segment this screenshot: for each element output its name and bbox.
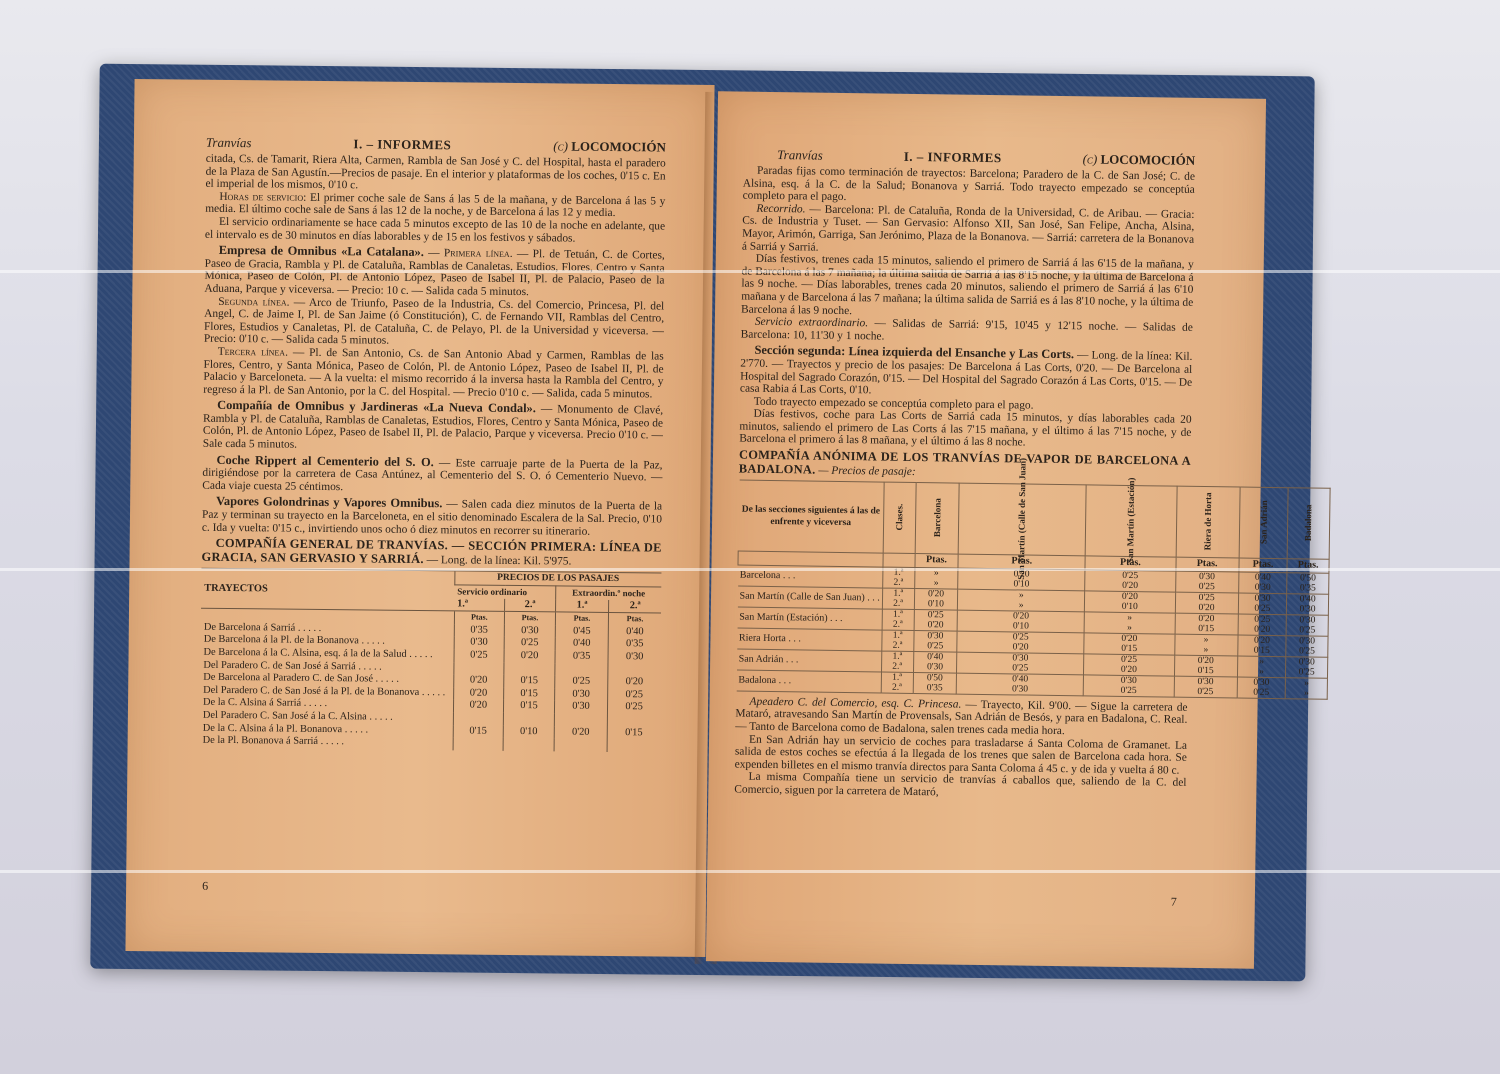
col-station: Barcelona: [915, 483, 960, 555]
price-cell: 0'250'20: [1084, 654, 1175, 676]
price-1st: 0'30: [1288, 657, 1325, 668]
price-1st: 0'40: [1289, 594, 1326, 605]
class-1: 1.ª: [884, 609, 911, 619]
badalona-fare-table: De las secciones siguientes á las de enf…: [736, 480, 1331, 700]
station-name: Riera Horta . . .: [737, 628, 882, 651]
price-cell: 0'25: [608, 701, 660, 714]
header-section: Tranvías: [206, 135, 252, 151]
route-name: De la Pl. Bonanova á Sarriá . . . . .: [200, 735, 453, 750]
col-station: Badalona: [1288, 488, 1331, 560]
price-cell: 0'20: [453, 687, 504, 700]
right-page: Tranvías I. – INFORMES (c) LOCOMOCIÓN Pa…: [706, 91, 1266, 969]
price-cell: [453, 737, 504, 750]
unit-label: Ptas.: [609, 613, 661, 627]
price-cell: [504, 662, 555, 675]
paragraph: Sección segunda: Línea izquierda del Ens…: [740, 344, 1193, 402]
price-cell: »»: [1084, 612, 1175, 634]
price-cell: [555, 663, 608, 676]
class-header: 1.ª: [454, 598, 505, 612]
price-cell: 0'250'20: [914, 609, 958, 631]
station-name: San Martín (Calle de San Juan) . . .: [737, 586, 882, 609]
price-2nd: »: [1177, 645, 1235, 656]
price-cell: [608, 664, 660, 677]
paragraph: Servicio extraordinario. — Salidas de Sa…: [741, 316, 1193, 347]
left-page: Tranvías I. – INFORMES (c) LOCOMOCIÓN ci…: [125, 79, 714, 957]
price-cell: »»: [1286, 678, 1328, 700]
unit-label: Ptas.: [505, 612, 556, 626]
col-label: Riera de Horta: [1201, 493, 1214, 551]
col-station: Riera de Horta: [1176, 486, 1240, 558]
unit-label: Ptas.: [914, 554, 958, 568]
price-cell: 0'200'15: [1175, 613, 1238, 635]
price-cell: 0'300'25: [957, 652, 1084, 675]
class-header: 1.ª: [555, 599, 608, 613]
price-2nd: »: [1288, 688, 1325, 699]
class-2: 2.ª: [884, 619, 911, 629]
price-cell: 0'250'20: [957, 631, 1084, 654]
price-cell: 0'40: [608, 626, 660, 639]
price-2nd: 0'20: [1177, 603, 1235, 614]
price-cell: 0'40: [555, 638, 608, 651]
price-1st: 0'30: [1239, 677, 1283, 688]
price-1st: 0'30: [1241, 593, 1285, 604]
section-heading: Coche Rippert al Cementerio del S. O.: [217, 453, 434, 469]
price-cell: 0'45: [555, 625, 608, 638]
header-topic: (c) LOCOMOCIÓN: [1083, 151, 1196, 169]
class-labels: 1.ª2.ª: [882, 609, 914, 630]
price-2nd: 0'20: [1086, 664, 1172, 675]
price-1st: 0'50: [915, 673, 954, 684]
price-cell: 0'20: [608, 676, 660, 689]
paragraph: Recorrido. — Barcelona: Pl. de Cataluña,…: [742, 202, 1195, 259]
paragraph: Vapores Golondrinas y Vapores Omnibus. —…: [202, 495, 662, 539]
col-label: Clases.: [893, 504, 906, 531]
price-cell: 0'250'20: [1175, 592, 1238, 614]
price-cell: 0'15: [504, 675, 555, 688]
price-1st: 0'20: [917, 589, 956, 600]
price-cell: 0'25: [608, 689, 660, 702]
price-cell: 0'20: [504, 650, 555, 663]
col-station: San Martín (Calle de San Juan): [959, 483, 1087, 556]
price-cell: 0'25: [504, 637, 555, 650]
sarria-fare-table: TRAYECTOS PRECIOS DE LOS PASAJES Servici…: [200, 568, 662, 752]
price-cell: 0'20: [554, 726, 607, 739]
page-number: 6: [202, 879, 208, 894]
paragraph: citada, Cs. de Tamarit, Riera Alta, Carm…: [205, 153, 665, 196]
price-cell: [554, 713, 607, 726]
price-cell: 0'30: [454, 637, 505, 650]
price-2nd: 0'25: [1288, 667, 1325, 678]
class-labels: 1.ª2.ª: [881, 672, 913, 693]
price-cell: 0'400'30: [1287, 594, 1329, 616]
class-2: 2.ª: [883, 682, 910, 692]
price-cell: 0'500'35: [913, 672, 957, 694]
col-trayectos: TRAYECTOS: [201, 569, 454, 611]
price-cell: »»: [1237, 656, 1286, 678]
price-cell: 0'400'30: [913, 651, 957, 673]
paragraph: En San Adrián hay un servicio de coches …: [735, 733, 1187, 777]
price-2nd: 0'35: [915, 683, 954, 694]
class-2: 2.ª: [885, 577, 912, 587]
price-cell: 0'300'25: [1238, 593, 1287, 615]
price-cell: 0'200'15: [1084, 633, 1175, 655]
corner-header: De las secciones siguientes á las de enf…: [738, 480, 884, 553]
price-cell: 0'200'10: [1084, 591, 1175, 613]
price-2nd: 0'30: [916, 662, 955, 673]
price-1st: 0'30: [1289, 636, 1326, 647]
price-cell: 0'35: [608, 638, 660, 651]
scan-artifact: [0, 270, 1500, 273]
paragraph: Compañía anónima de los tranvías de vapo…: [739, 449, 1191, 482]
paragraph: Paradas fijas como terminación de trayec…: [743, 165, 1195, 209]
price-cell: 0'30: [554, 701, 607, 714]
price-1st: 0'25: [916, 610, 955, 621]
price-cell: 0'300'25: [1174, 676, 1237, 698]
price-cell: 0'10: [503, 725, 554, 738]
header-section: Tranvías: [777, 147, 823, 164]
price-2nd: 0'20: [1087, 580, 1173, 591]
price-2nd: 0'15: [1177, 666, 1235, 677]
class-2: 2.ª: [885, 598, 912, 608]
paragraph: Días festivos, trenes cada 15 minutos, s…: [741, 253, 1194, 322]
station-name: Badalona . . .: [736, 670, 881, 693]
price-cell: »»: [1174, 634, 1237, 656]
price-2nd: 0'30: [959, 683, 1081, 695]
price-cell: 0'35: [555, 650, 608, 663]
price-cell: 0'20: [453, 700, 504, 713]
station-name: San Martín (Estación) . . .: [737, 607, 882, 630]
paragraph: Segunda línea. — Arco de Triunfo, Paseo …: [204, 295, 665, 350]
price-cell: 0'300'25: [913, 630, 957, 652]
paragraph: Apeadero C. del Comercio, esq. C. Prince…: [735, 695, 1187, 739]
paragraph: Días festivos, coche para Las Corts de S…: [739, 408, 1191, 452]
price-2nd: 0'20: [916, 620, 955, 631]
price-2nd: 0'30: [1289, 604, 1326, 615]
class-1: 1.ª: [885, 588, 912, 598]
price-1st: 0'25: [1240, 614, 1284, 625]
price-cell: [504, 713, 555, 726]
col-station: San Martín (Estación): [1085, 485, 1176, 557]
scan-artifact: [0, 870, 1500, 873]
price-cell: 0'200'15: [1237, 635, 1286, 657]
price-cell: 0'15: [453, 725, 504, 738]
price-cell: 0'20: [453, 675, 504, 688]
price-cell: 0'300'25: [1286, 657, 1328, 679]
header-chapter: I. – INFORMES: [904, 149, 1002, 166]
left-body-text: citada, Cs. de Tamarit, Riera Alta, Carm…: [200, 153, 666, 753]
price-cell: 0'300'25: [1175, 571, 1238, 593]
price-2nd: 0'25: [1289, 646, 1326, 657]
class-labels: 1.ª2.ª: [882, 630, 914, 651]
price-cell: 0'400'30: [1238, 572, 1287, 594]
price-cell: 0'250'20: [1238, 614, 1287, 636]
price-2nd: 0'10: [916, 599, 955, 610]
price-2nd: 0'25: [1240, 603, 1284, 614]
price-cell: 0'30: [554, 688, 607, 701]
price-2nd: 0'25: [1176, 687, 1234, 698]
class-header: 2.ª: [505, 598, 556, 612]
class-header: 2.ª: [609, 600, 661, 614]
right-body-text: Paradas fijas como terminación de trayec…: [734, 165, 1195, 803]
price-cell: 0'500'35: [1287, 573, 1329, 595]
running-header: Tranvías I. – INFORMES (c) LOCOMOCIÓN: [206, 135, 666, 156]
price-cell: [608, 714, 660, 727]
price-2nd: 0'30: [1241, 582, 1285, 593]
paragraph: Tercera línea. — Pl. de San Antonio, Cs.…: [203, 346, 664, 401]
price-2nd: 0'25: [1178, 582, 1236, 593]
price-cell: 0'15: [504, 688, 555, 701]
page-number: 7: [1171, 895, 1177, 910]
section-heading: Empresa de Omnibus «La Catalana».: [219, 243, 424, 259]
price-cell: 0'25: [555, 676, 608, 689]
col-station: San Adrián: [1239, 487, 1289, 559]
price-cell: 0'300'25: [1286, 636, 1328, 658]
price-2nd: 0'15: [1177, 624, 1235, 635]
price-cell: 0'30: [608, 651, 660, 664]
price-2nd: »: [1087, 622, 1173, 633]
price-1st: 0'30: [1289, 615, 1326, 626]
price-2nd: 0'25: [1239, 687, 1283, 698]
price-2nd: 0'20: [1240, 624, 1284, 635]
price-1st: »: [1240, 656, 1284, 667]
unit-label: Ptas.: [454, 611, 505, 625]
price-cell: [453, 712, 504, 725]
price-cell: 0'25: [453, 649, 504, 662]
price-2nd: 0'15: [1086, 643, 1172, 654]
price-2nd: 0'35: [1290, 583, 1327, 594]
col-label: Barcelona: [931, 499, 944, 538]
price-1st: 0'30: [916, 631, 955, 642]
header-chapter: I. – INFORMES: [353, 136, 451, 153]
class-labels: 1.ª2.ª: [881, 651, 913, 672]
unit-label: Ptas.: [1287, 559, 1329, 573]
class-1: 1.ª: [884, 672, 911, 682]
col-label: San Adrián: [1257, 501, 1270, 545]
price-cell: 0'300'25: [1286, 615, 1328, 637]
price-cell: 0'15: [607, 727, 659, 740]
class-2: 2.ª: [884, 640, 911, 650]
price-cell: 0'200'10: [914, 588, 958, 610]
price-2nd: 0'25: [916, 641, 955, 652]
class-1: 1.ª: [884, 651, 911, 661]
price-cell: [503, 738, 554, 751]
paragraph: Compañía de Omnibus y Jardineras «La Nue…: [203, 399, 664, 455]
price-1st: »: [1288, 678, 1325, 689]
price-cell: 0'35: [454, 624, 505, 637]
paragraph: Compañía general de tranvías. — Sección …: [202, 537, 662, 569]
col-label: San Martín (Estación): [1124, 478, 1138, 564]
col-clases: Clases.: [883, 482, 916, 553]
class-1: 1.ª: [884, 630, 911, 640]
price-2nd: 0'10: [1087, 601, 1173, 612]
station-name: San Adrián . . .: [737, 649, 882, 672]
price-1st: 0'50: [1290, 573, 1327, 584]
class-2: 2.ª: [884, 661, 911, 671]
col-label: Badalona: [1302, 505, 1315, 542]
price-cell: [554, 739, 607, 752]
scan-artifact: [0, 568, 1500, 571]
paragraph: El servicio ordinariamente se hace cada …: [205, 216, 665, 246]
price-cell: 0'200'10: [957, 610, 1084, 633]
price-2nd: 0'25: [1289, 625, 1326, 636]
price-cell: 0'30: [504, 625, 555, 638]
price-1st: 0'40: [1241, 572, 1285, 583]
price-cell: 0'15: [504, 700, 555, 713]
price-cell: 0'300'25: [1237, 677, 1286, 699]
price-cell: 0'250'20: [1085, 570, 1176, 592]
price-cell: 0'300'25: [1083, 675, 1174, 697]
paragraph: La misma Compañía tiene un servicio de t…: [734, 771, 1186, 802]
price-1st: 0'20: [1240, 635, 1284, 646]
paragraph: Coche Rippert al Cementerio del S. O. — …: [202, 453, 662, 497]
col-label: San Martín (Calle de San Juan): [1015, 458, 1029, 580]
price-1st: 0'40: [916, 652, 955, 663]
price-cell: [607, 739, 659, 752]
class-labels: 1.ª2.ª: [882, 588, 914, 609]
price-cell: 0'400'30: [957, 673, 1084, 696]
unit-spacer: [883, 553, 915, 567]
price-2nd: »: [1240, 666, 1284, 677]
section-heading: Compañía anónima de los tranvías de vapo…: [739, 448, 1191, 477]
unit-label: Ptas.: [555, 612, 608, 626]
price-2nd: 0'15: [1240, 645, 1284, 656]
price-cell: »»: [958, 589, 1085, 612]
price-cell: 0'200'15: [1174, 655, 1237, 677]
section-heading: Vapores Golondrinas y Vapores Omnibus.: [216, 494, 442, 510]
price-2nd: »: [917, 578, 956, 589]
header-topic: (c) LOCOMOCIÓN: [553, 138, 666, 155]
price-2nd: 0'25: [1086, 685, 1172, 696]
price-cell: [453, 662, 504, 675]
